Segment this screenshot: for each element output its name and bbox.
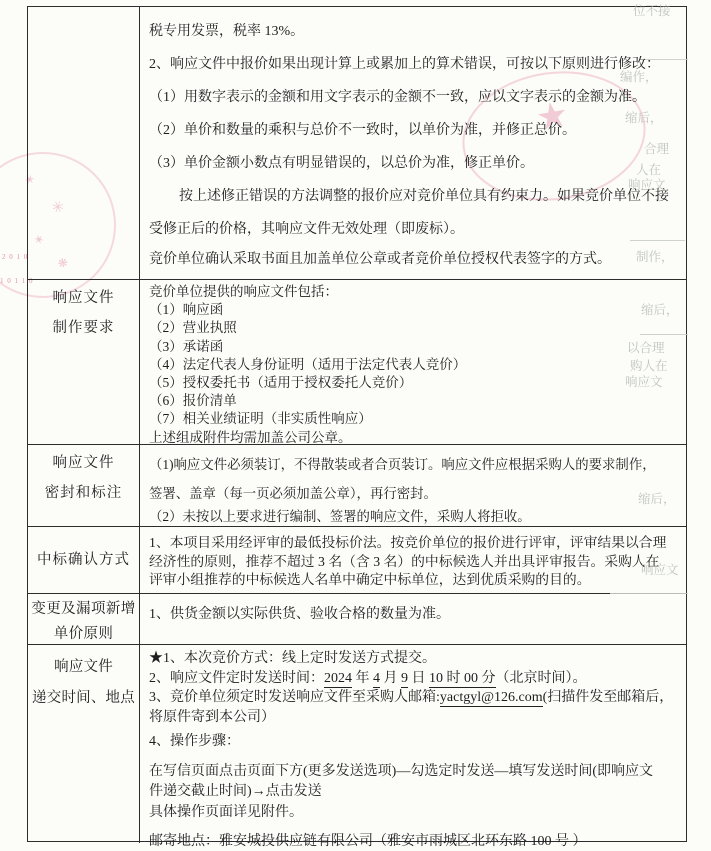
content-line: 4、操作步骤： [149,732,686,752]
row-header-line: 变更及漏项新增 [31,600,135,619]
content-line: （1)响应文件必须装订，不得散装或者合页装订。响应文件应根据采购人的要求制作， [149,455,686,474]
row-content-cell: 竞价单位提供的响应文件包括： （1）响应函 （2）营业执照 （3）承诺函 （4）… [140,280,686,444]
table-row-submission-time-place: 响应文件 递交时间、地点 ★1、本次竞价方式：线上定时发送方式提交。 2、响应文… [28,644,686,843]
row-header-line: 制作要求 [53,319,115,338]
row-header-line: 响应文件 [53,454,115,473]
table-row-price-correction: 税专用发票，税率 13%。 2、响应文件中报价如果出现计算上或累加上的算术错误，… [28,7,686,279]
row-header-cell: 响应文件 递交时间、地点 [28,645,140,843]
bleed-through-text: 位不接 [633,1,671,19]
row-content-cell: ★1、本次竞价方式：线上定时发送方式提交。 2、响应文件定时发送时间：2024 … [140,645,686,843]
content-line-bid-method: ★1、本次竞价方式：线上定时发送方式提交。 [149,649,686,669]
bleed-through-text: 编作， [620,67,658,85]
send-time-sep: 月 [380,671,401,686]
content-line: 竞价单位提供的响应文件包括： [149,283,686,301]
content-line: 具体操作页面详见附件。 [149,803,686,823]
bleed-through-line [640,334,688,335]
bleed-through-text: 缩后， [641,300,679,318]
row-header-line: 单价原则 [54,625,114,644]
send-time-sep: 日 [408,671,429,686]
content-line: （1）用数字表示的金额和用文字表示的金额不一致，应以文字表示的金额为准。 [149,88,686,108]
bleed-through-text: 制作， [636,247,674,265]
purchaser-email-address: yactgyl@126.com [440,690,543,707]
content-line-email: 3、竞价单位须定时发送响应文件至采购人邮箱:yactgyl@126.com(扫描… [149,688,686,708]
content-line: （2）未按以上要求进行编制、签署的响应文件，采购人将拒收。 [149,507,686,526]
email-suffix: (扫描件发至邮箱后， [543,690,674,705]
content-line: 1、供货金额以实际供货、验收合格的数量为准。 [149,603,686,623]
row-header-cell: 响应文件 密封和标注 [28,445,140,526]
content-line-mailing-address: 邮寄地点：雅安城投供应链有限公司（雅安市雨城区北环东路 100 号 ） [149,832,686,851]
send-time-sep: 年 [352,671,373,686]
content-line: （4）法定代表人身份证明（适用于法定代表人竞价） [149,356,686,374]
row-content-cell: 税专用发票，税率 13%。 2、响应文件中报价如果出现计算上或累加上的算术错误，… [140,7,686,279]
content-line: 在写信页面点击页面下方(更多发送选项)—勾选定时发送—填写发送时间(即响应文 [149,762,686,782]
content-line: 评审小组推荐的中标候选人名单中确定中标单位，达到优质采购的目的。 [149,571,686,590]
content-line: 受修正后的价格，其响应文件无效处理（即废标）。 [149,220,686,240]
row-header-cell: 中标确认方式 [28,527,140,593]
content-line: 1、本项目采用经评审的最低投标价法。按竞价单位的报价进行评审，评审结果以合理 [149,534,686,553]
content-line: （3）单价金额小数点有明显错误的，以总价为准，修正单价。 [149,154,686,174]
content-line: （2）营业执照 [149,319,686,337]
content-line: 件递交截止时间)→点击发送 [149,782,686,802]
row-header-cell: 变更及漏项新增 单价原则 [28,594,140,644]
content-line-send-time: 2、响应文件定时发送时间：2024 年 4 月 9 日 10 时 00 分（北京… [149,669,686,689]
content-line: （7）相关业绩证明（非实质性响应） [149,410,686,428]
bleed-through-text: 响应文 [641,560,679,578]
table-row-sealing-marking: 响应文件 密封和标注 （1)响应文件必须装订，不得散装或者合页装订。响应文件应根… [28,444,686,526]
row-header-line: 中标确认方式 [37,551,130,570]
bleed-through-line [610,593,688,594]
content-line: （6）报价清单 [149,392,686,410]
bleed-through-text: 响应文 [625,372,663,390]
send-time-label: 2、响应文件定时发送时间： [149,671,324,686]
bleed-through-line [646,59,688,60]
scanned-document-page: ✶ ✳ ✶ ❋ ★ 2 0 1 0 1 0 1 1 0 税专用发票，税率 13%… [0,0,711,851]
bleed-through-text: 以合理 [627,338,665,356]
red-margin-mark: 2 0 1 0 [2,253,28,261]
bleed-through-text: 缩后， [625,108,663,126]
row-header-line: 密封和标注 [45,484,123,503]
content-line: 经济性的原则，推荐不超过 3 名（含 3 名）的中标候选人并出具评审报告。采购人… [149,553,686,572]
bleed-through-text: 合理 [644,139,669,157]
bleed-through-text: 缩后， [638,489,676,507]
row-header-line: 递交时间、地点 [32,689,135,708]
table-row-change-principle: 变更及漏项新增 单价原则 1、供货金额以实际供货、验收合格的数量为准。 [28,593,686,644]
content-line: （2）单价和数量的乘积与总价不一致时，以单价为准，并修正总价。 [149,121,686,141]
content-line: 税专用发票，税率 13%。 [149,22,686,42]
content-line: 按上述修正错误的方法调整的报价应对竞价单位具有约束力。如果竞价单位不接 [149,187,686,207]
content-line: （5）授权委托书（适用于授权委托人竞价） [149,374,686,392]
bleed-through-text: 响应文 [628,175,666,193]
content-line: （1）响应函 [149,301,686,319]
bleed-through-line [630,240,685,241]
row-content-cell: （1)响应文件必须装订，不得散装或者合页装订。响应文件应根据采购人的要求制作， … [140,445,686,526]
row-header-cell-empty [28,7,140,279]
send-clock-value: 10 时 00 分 [429,671,496,688]
send-time-suffix: （北京时间）。 [496,671,587,686]
content-line: 2、响应文件中报价如果出现计算上或累加上的算术错误，可按以下原则进行修改： [149,55,686,75]
row-content-cell: 1、本项目采用经评审的最低投标价法。按竞价单位的报价进行评审，评审结果以合理 经… [140,527,686,593]
row-header-line: 响应文件 [54,658,113,677]
row-header-cell: 响应文件 制作要求 [28,280,140,444]
content-line: 签署、盖章（每一页必须加盖公章），再行密封。 [149,484,686,503]
content-line: 竞价单位确认采取书面且加盖单位公章或者竞价单位授权代表签字的方式。 [149,250,686,270]
send-year-value: 2024 [324,671,352,688]
table-row-award-confirmation: 中标确认方式 1、本项目采用经评审的最低投标价法。按竞价单位的报价进行评审，评审… [28,526,686,593]
send-month-value: 4 [373,671,380,688]
table-row-document-preparation: 响应文件 制作要求 竞价单位提供的响应文件包括： （1）响应函 （2）营业执照 … [28,279,686,444]
requirements-table: 税专用发票，税率 13%。 2、响应文件中报价如果出现计算上或累加上的算术错误，… [27,6,687,842]
row-header-line: 响应文件 [53,289,115,308]
content-line: 将原件寄到本公司） [149,708,686,728]
row-content-cell: 1、供货金额以实际供货、验收合格的数量为准。 [140,594,686,644]
content-line: （3）承诺函 [149,338,686,356]
email-label: 3、竞价单位须定时发送响应文件至采购人邮箱: [149,690,440,705]
send-day-value: 9 [401,671,408,688]
